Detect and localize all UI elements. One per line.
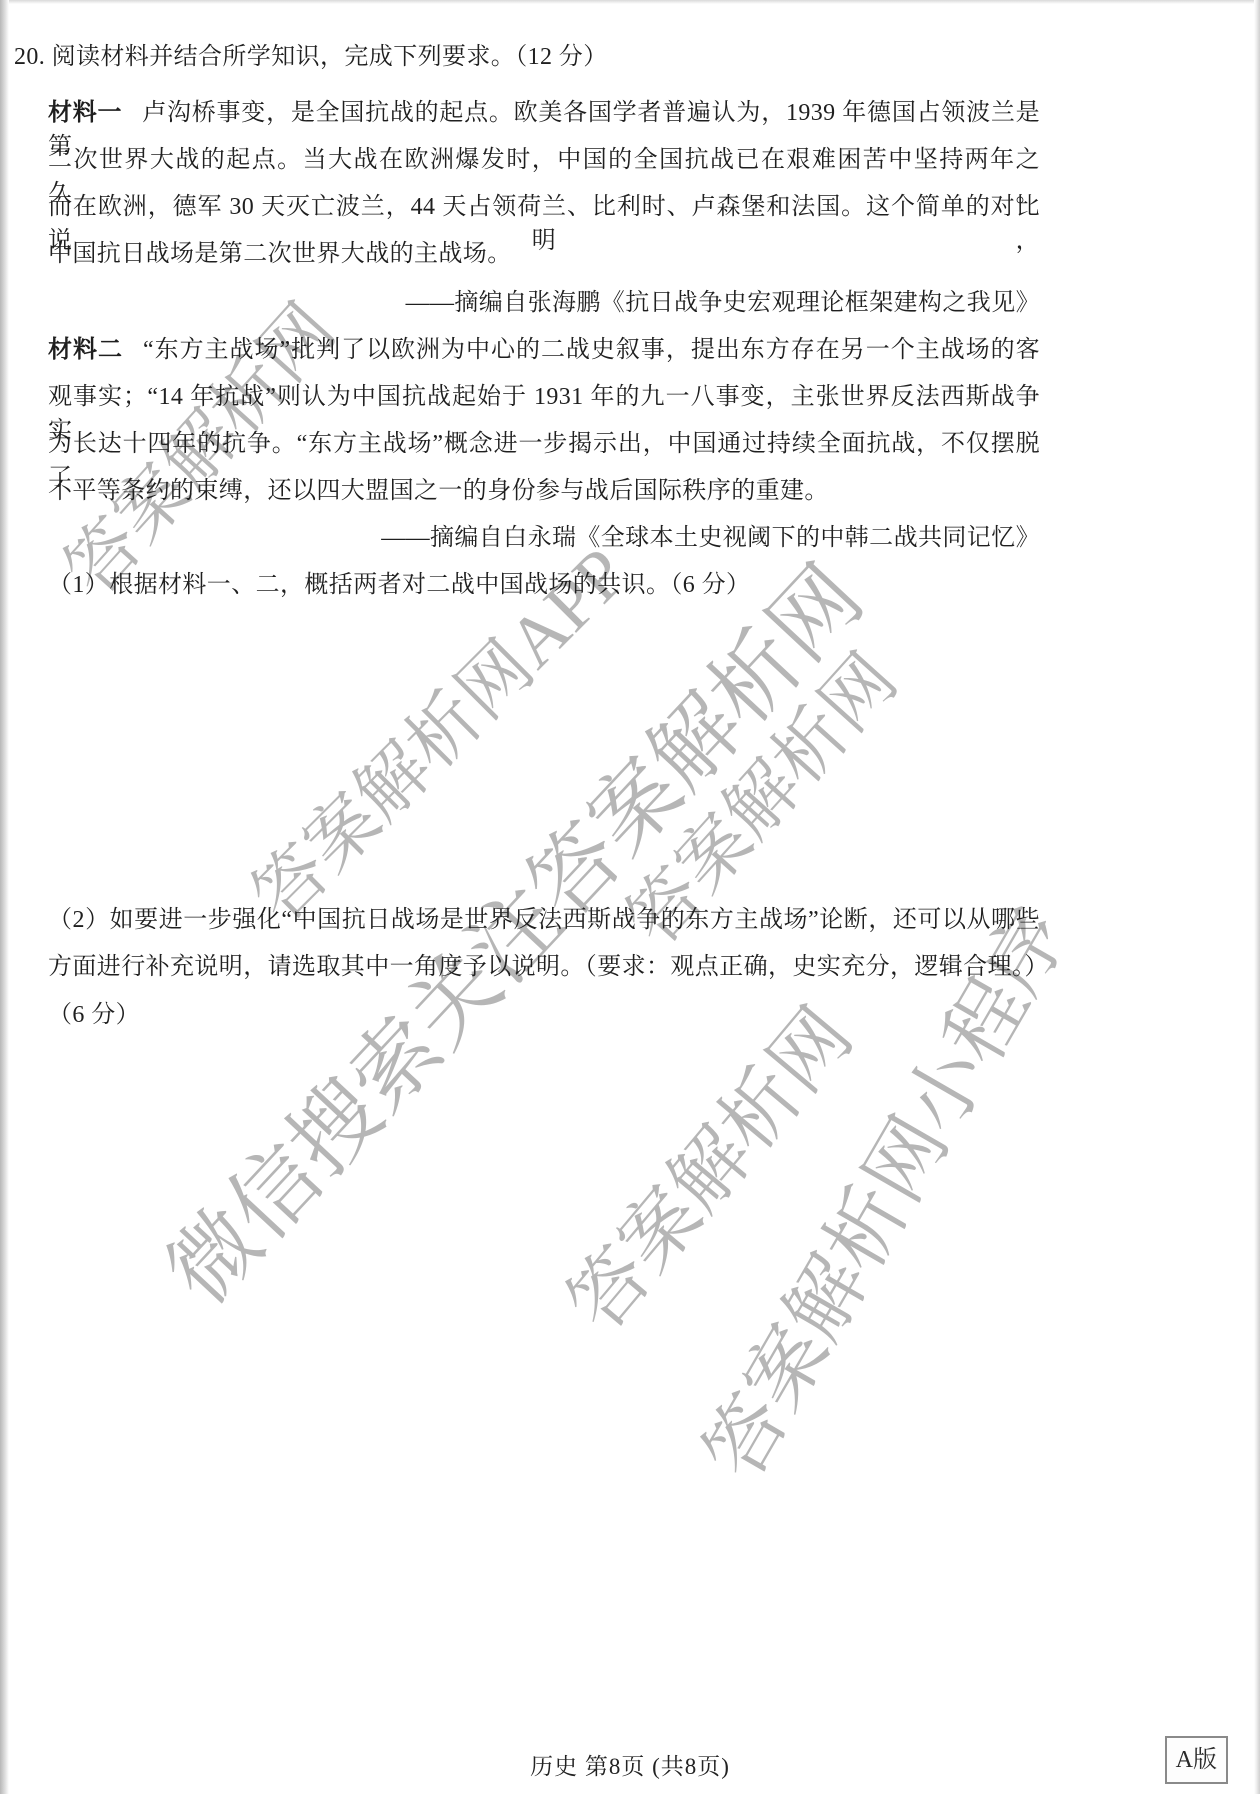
material1-line-3: 而在欧洲，德军 30 天灭亡波兰，44 天占领荷兰、比利时、卢森堡和法国。这个简… (48, 190, 1040, 224)
sub-question-1: （1）根据材料一、二，概括两者对二战中国战场的共识。（6 分） (48, 568, 1040, 602)
exam-scan-page: 答案解析网 答案解析网APP 答案解析网 微信搜索关注答案解析网 答案解析网小程… (0, 0, 1260, 1794)
material1-label: 材料一 (48, 99, 122, 126)
footer-page-info: 历史 第8页 (共8页) (0, 1748, 1260, 1781)
question-20-stem: 20. 阅读材料并结合所学知识，完成下列要求。（12 分） (14, 40, 1040, 74)
material1-line-1: 材料一卢沟桥事变，是全国抗战的起点。欧美各国学者普遍认为，1939 年德国占领波… (48, 96, 1040, 130)
sub-question-2-line-3: （6 分） (48, 998, 1040, 1032)
sub-question-2-line-2: 方面进行补充说明，请选取其中一角度予以说明。（要求：观点正确，史实充分，逻辑合理… (48, 950, 1040, 984)
watermark-bottom: 答案解析网 (537, 980, 873, 1351)
material2-line-1: 材料二“东方主战场”批判了以欧洲为中心的二战史叙事，提出东方存在另一个主战场的客 (48, 333, 1040, 367)
scan-edge-left (0, 0, 9, 1794)
material1-citation: ——摘编自张海鹏《抗日战争史宏观理论框架建构之我见》 (48, 286, 1040, 320)
material2-line-4: 不平等条约的束缚，还以四大盟国之一的身份参与战后国际秩序的重建。 (48, 474, 1040, 508)
scan-edge-top (0, 0, 1260, 4)
material2-text-1: “东方主战场”批判了以欧洲为中心的二战史叙事，提出东方存在另一个主战场的客 (143, 337, 1040, 363)
material2-label: 材料二 (48, 336, 123, 363)
material1-line-4: 中国抗日战场是第二次世界大战的主战场。 (48, 237, 1040, 271)
material1-line-2: 二次世界大战的起点。当大战在欧洲爆发时，中国的全国抗战已在艰难困苦中坚持两年之久… (48, 143, 1040, 177)
edition-badge: A版 (1165, 1736, 1228, 1784)
sub-question-2-line-1: （2）如要进一步强化“中国抗日战场是世界反法西斯战争的东方主战场”论断，还可以从… (48, 903, 1040, 937)
question-20-intro: 阅读材料并结合所学知识，完成下列要求。（12 分） (52, 44, 608, 70)
material2-line-2: 观事实；“14 年抗战”则认为中国抗战起始于 1931 年的九一八事变，主张世界… (48, 380, 1040, 414)
material2-line-3: 为长达十四年的抗争。“东方主战场”概念进一步揭示出，中国通过持续全面抗战，不仅摆… (48, 427, 1040, 461)
material2-citation: ——摘编自白永瑞《全球本土史视阈下的中韩二战共同记忆》 (48, 521, 1040, 555)
scan-edge-right (1254, 0, 1260, 1794)
question-20-number: 20. (14, 44, 45, 70)
